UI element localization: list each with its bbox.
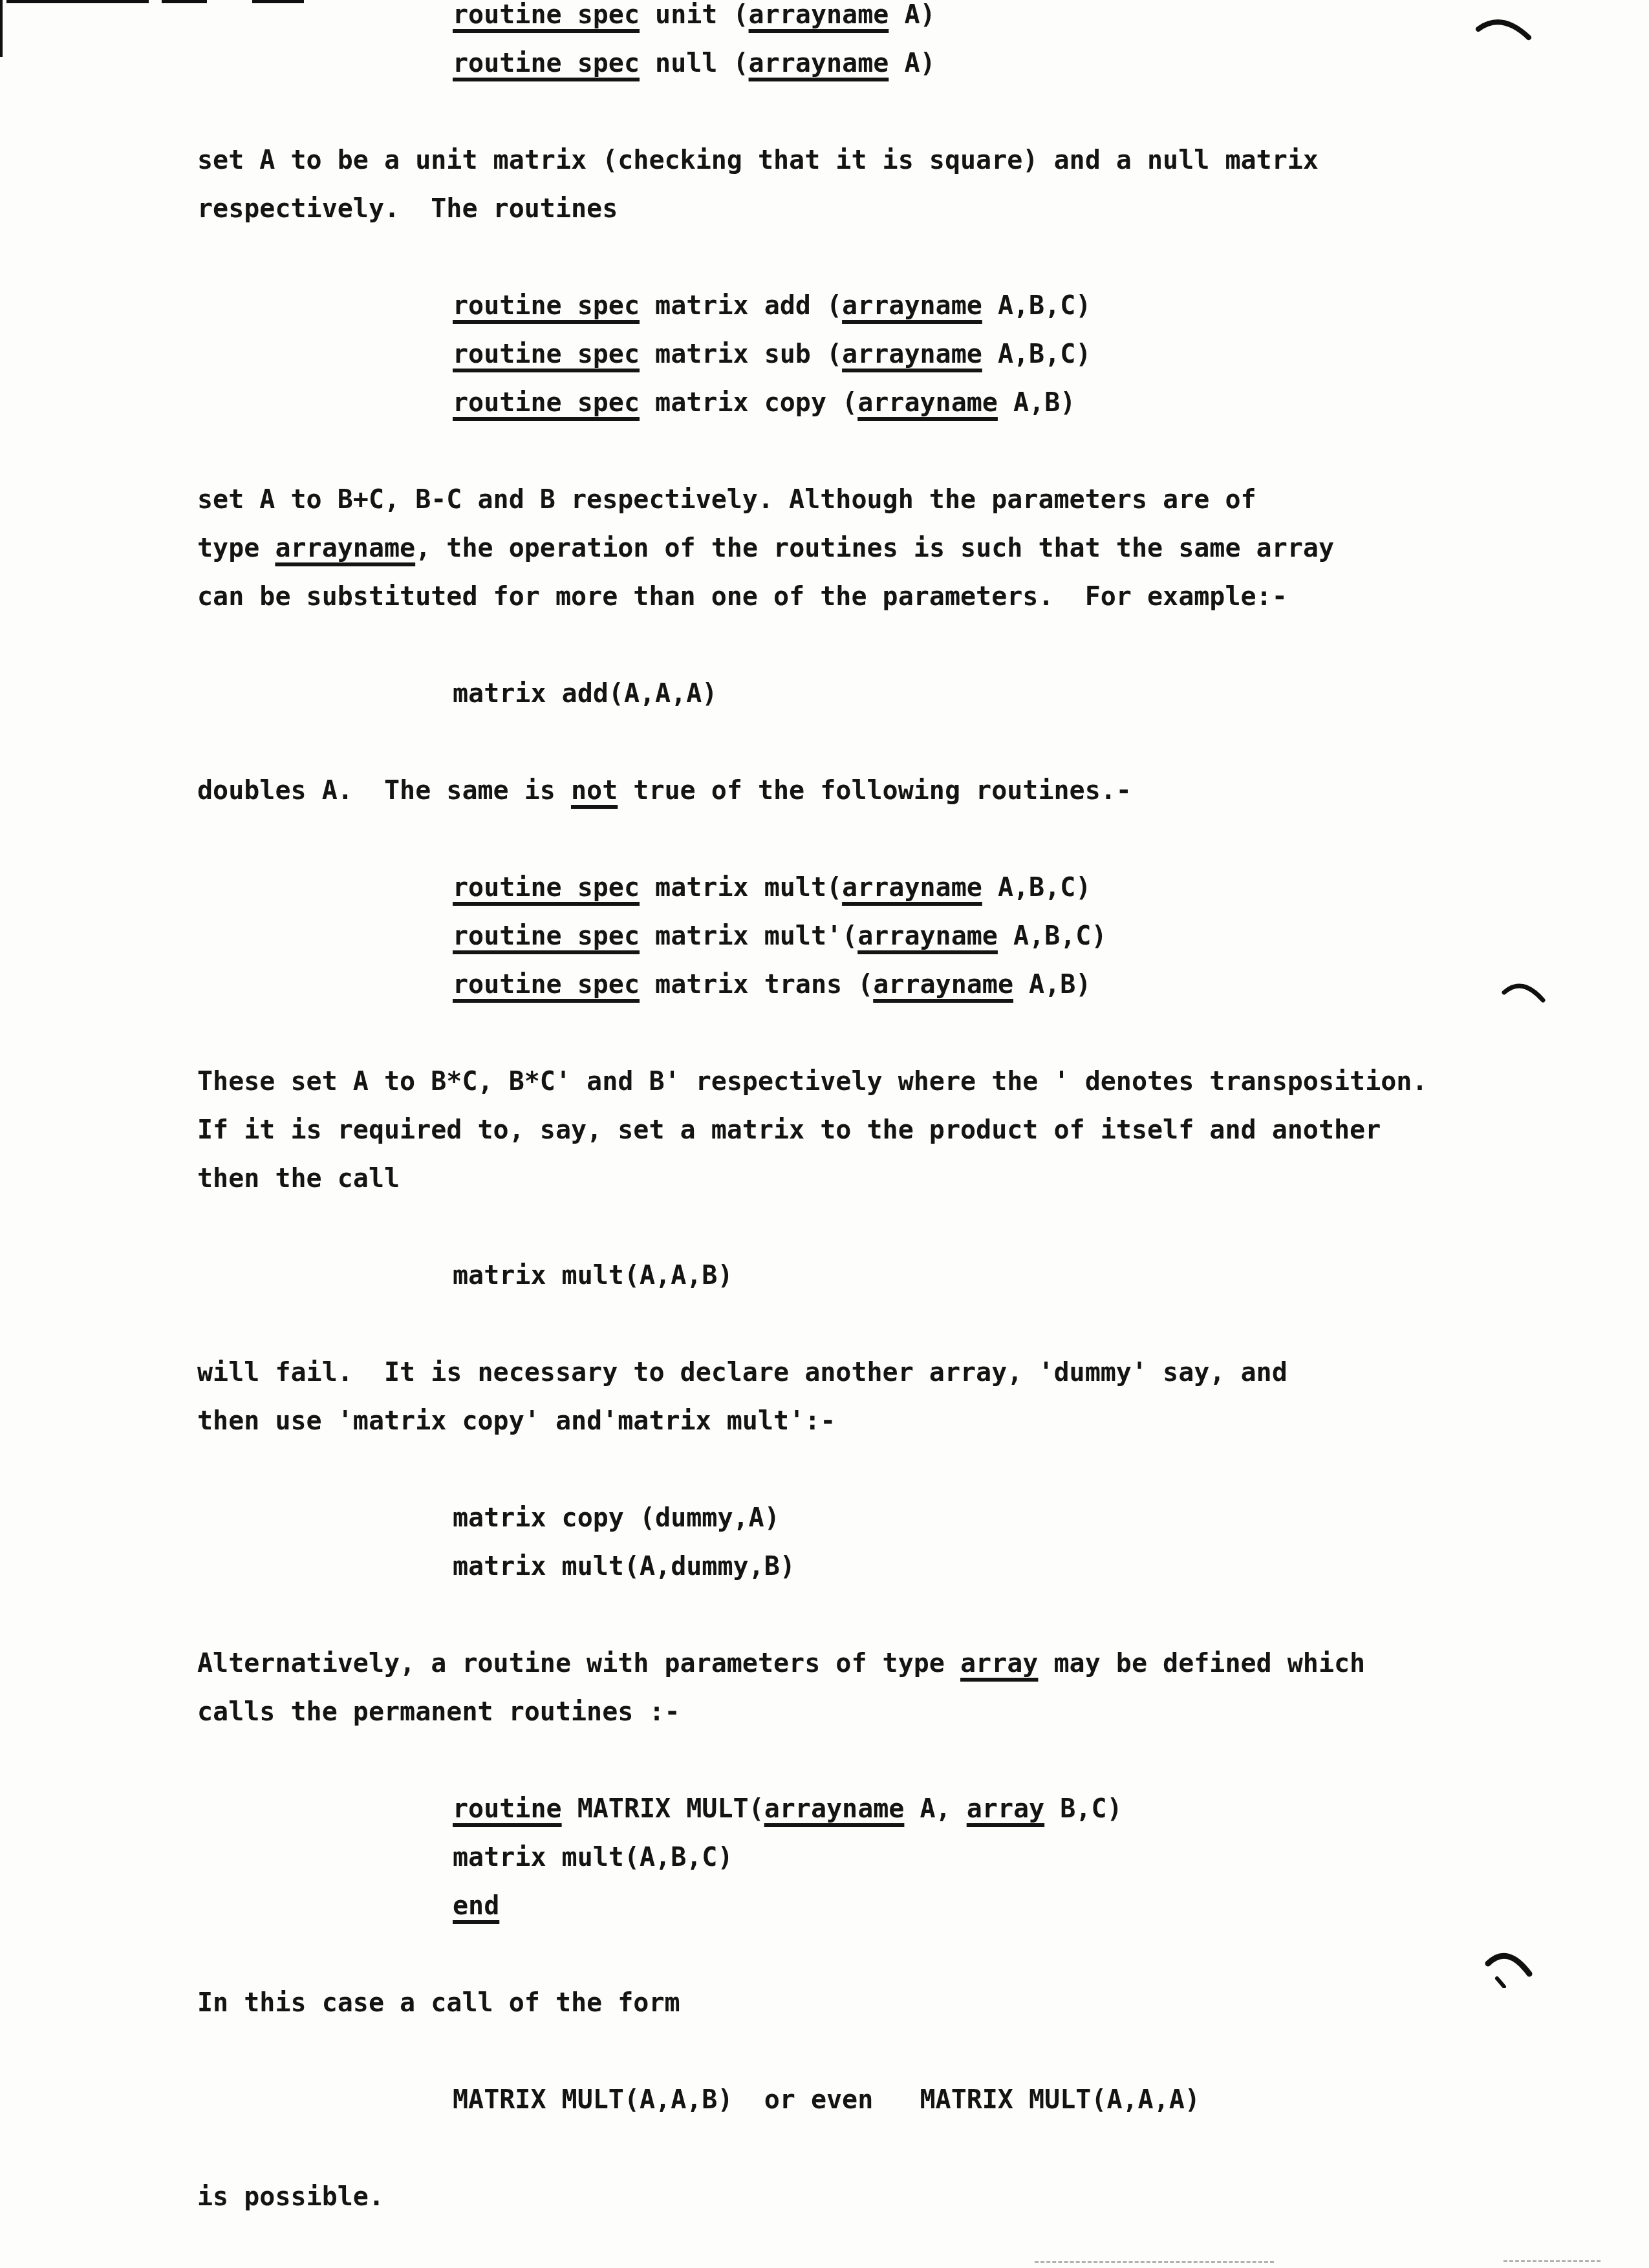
text-segment: may be defined which (1038, 1649, 1365, 1678)
underlined-text: arrayname (749, 0, 889, 30)
underlined-text: end (453, 1891, 499, 1921)
underlined-text: arrayname (857, 388, 998, 418)
blank-line (0, 1931, 1649, 1979)
text-segment: can be substituted for more than one of … (197, 582, 1288, 612)
code-line: MATRIX MULT(A,A,B) or even MATRIX MULT(A… (0, 2076, 1649, 2124)
text-segment: A,B) (1013, 970, 1091, 1000)
text-segment: A,B,C) (982, 291, 1092, 321)
underlined-text: arrayname (764, 1794, 905, 1824)
text-segment: calls the permanent routines :- (197, 1697, 680, 1727)
code-block: routine spec matrix add (arrayname A,B,C… (0, 282, 1649, 427)
paragraph-block: is possible. (0, 2173, 1649, 2221)
text-segment: then the call (197, 1164, 400, 1193)
text-segment: A,B) (998, 388, 1075, 418)
blank-line (0, 1203, 1649, 1252)
paragraph-line: set A to be a unit matrix (checking that… (0, 136, 1649, 185)
underlined-text: routine spec (453, 388, 640, 418)
text-segment: matrix mult(A,dummy,B) (453, 1552, 795, 1581)
code-line: routine spec matrix mult(arrayname A,B,C… (0, 864, 1649, 912)
text-segment: Alternatively, a routine with parameters… (197, 1649, 960, 1678)
blank-line (0, 1300, 1649, 1349)
code-line: matrix copy (dummy,A) (0, 1494, 1649, 1543)
text-segment: These set A to B*C, B*C' and B' respecti… (197, 1067, 1427, 1097)
code-line: matrix mult(A,dummy,B) (0, 1543, 1649, 1591)
code-block: routine spec matrix mult(arrayname A,B,C… (0, 864, 1649, 1009)
code-block: matrix mult(A,A,B) (0, 1252, 1649, 1300)
code-line: routine MATRIX MULT(arrayname A, array B… (0, 1785, 1649, 1834)
blank-line (0, 815, 1649, 864)
text-segment: set A to be a unit matrix (checking that… (197, 145, 1319, 175)
code-line: matrix mult(A,B,C) (0, 1834, 1649, 1882)
blank-line (0, 1446, 1649, 1494)
underlined-text: array (967, 1794, 1044, 1824)
code-line: routine spec matrix trans (arrayname A,B… (0, 961, 1649, 1009)
text-segment: MATRIX MULT(A,A,B) or even MATRIX MULT(A… (453, 2085, 1200, 2115)
underlined-text: not (571, 776, 618, 806)
blank-line (0, 427, 1649, 476)
code-line: routine spec matrix sub (arrayname A,B,C… (0, 330, 1649, 379)
text-segment: matrix add(A,A,A) (453, 679, 717, 709)
underlined-text: routine spec (453, 873, 640, 903)
text-segment: doubles A. The same is (197, 776, 571, 806)
underlined-text: array (960, 1649, 1038, 1678)
document-page: routine spec unit (arrayname A)routine s… (0, 0, 1649, 2221)
code-line: routine spec matrix add (arrayname A,B,C… (0, 282, 1649, 330)
code-block: routine spec unit (arrayname A)routine s… (0, 0, 1649, 88)
blank-line (0, 1009, 1649, 1058)
top-edge-streak (252, 0, 304, 3)
pen-curve-bottom-right-icon (1484, 1943, 1539, 1988)
pen-curve-top-right-icon (1474, 12, 1536, 44)
paragraph-block: will fail. It is necessary to declare an… (0, 1349, 1649, 1446)
text-segment: matrix copy ( (640, 388, 857, 418)
code-block: matrix copy (dummy,A)matrix mult(A,dummy… (0, 1494, 1649, 1591)
text-segment: A,B,C) (998, 921, 1107, 951)
pen-curve-mid-right-icon (1502, 973, 1550, 1005)
paragraph-line: can be substituted for more than one of … (0, 573, 1649, 621)
paragraph-block: Alternatively, a routine with parameters… (0, 1640, 1649, 1737)
text-segment: matrix mult(A,A,B) (453, 1261, 733, 1290)
text-segment: null ( (640, 48, 749, 78)
paragraph-line: then the call (0, 1155, 1649, 1203)
bottom-dashed-speckles (1035, 2261, 1274, 2263)
underlined-text: arrayname (857, 921, 998, 951)
blank-line (0, 718, 1649, 767)
paragraph-line: doubles A. The same is not true of the f… (0, 767, 1649, 815)
paragraph-line: will fail. It is necessary to declare an… (0, 1349, 1649, 1397)
underlined-text: arrayname (275, 533, 415, 563)
text-segment: B,C) (1044, 1794, 1122, 1824)
code-line: routine spec matrix copy (arrayname A,B) (0, 379, 1649, 427)
paragraph-line: Alternatively, a routine with parameters… (0, 1640, 1649, 1688)
text-segment: matrix copy (dummy,A) (453, 1503, 780, 1533)
underlined-text: routine spec (453, 48, 640, 78)
paragraph-block: set A to B+C, B-C and B respectively. Al… (0, 476, 1649, 621)
code-line: matrix mult(A,A,B) (0, 1252, 1649, 1300)
paragraph-line: If it is required to, say, set a matrix … (0, 1106, 1649, 1155)
paragraph-block: These set A to B*C, B*C' and B' respecti… (0, 1058, 1649, 1203)
blank-line (0, 2027, 1649, 2076)
underlined-text: routine spec (453, 291, 640, 321)
text-segment: matrix mult( (640, 873, 842, 903)
code-block: routine MATRIX MULT(arrayname A, array B… (0, 1785, 1649, 1931)
text-segment: matrix trans ( (640, 970, 873, 1000)
paragraph-line: In this case a call of the form (0, 1979, 1649, 2027)
underlined-text: arrayname (842, 291, 982, 321)
code-line: routine spec null (arrayname A) (0, 39, 1649, 88)
paragraph-block: set A to be a unit matrix (checking that… (0, 136, 1649, 233)
text-segment: respectively. The routines (197, 194, 618, 224)
paragraph-line: These set A to B*C, B*C' and B' respecti… (0, 1058, 1649, 1106)
text-segment: type (197, 533, 275, 563)
text-segment: A, (904, 1794, 966, 1824)
underlined-text: arrayname (842, 339, 982, 369)
text-segment: A) (889, 48, 935, 78)
code-block: matrix add(A,A,A) (0, 670, 1649, 718)
paragraph-line: is possible. (0, 2173, 1649, 2221)
paragraph-line: type arrayname, the operation of the rou… (0, 524, 1649, 573)
blank-line (0, 621, 1649, 670)
underlined-text: routine spec (453, 970, 640, 1000)
code-line: end (0, 1882, 1649, 1931)
text-segment: true of the following routines.- (618, 776, 1132, 806)
left-edge-line (0, 0, 3, 57)
code-line: routine spec matrix mult'(arrayname A,B,… (0, 912, 1649, 961)
top-edge-streak (6, 0, 149, 3)
text-segment: matrix sub ( (640, 339, 842, 369)
underlined-text: arrayname (842, 873, 982, 903)
code-line: matrix add(A,A,A) (0, 670, 1649, 718)
blank-line (0, 2124, 1649, 2173)
bottom-dashed-speckles (1503, 2260, 1600, 2262)
text-segment: matrix mult(A,B,C) (453, 1843, 733, 1872)
text-segment: MATRIX MULT( (562, 1794, 764, 1824)
paragraph-line: set A to B+C, B-C and B respectively. Al… (0, 476, 1649, 524)
top-edge-streak (162, 0, 207, 3)
text-segment: matrix mult'( (640, 921, 857, 951)
text-segment: matrix add ( (640, 291, 842, 321)
underlined-text: arrayname (873, 970, 1013, 1000)
text-segment: unit ( (640, 0, 749, 30)
text-segment: A) (889, 0, 935, 30)
text-segment: , the operation of the routines is such … (415, 533, 1334, 563)
text-segment: A,B,C) (982, 873, 1092, 903)
paragraph-block: In this case a call of the form (0, 1979, 1649, 2027)
text-segment: A,B,C) (982, 339, 1092, 369)
text-segment: If it is required to, say, set a matrix … (197, 1115, 1381, 1145)
underlined-text: routine (453, 1794, 562, 1824)
paragraph-line: calls the permanent routines :- (0, 1688, 1649, 1737)
blank-line (0, 233, 1649, 282)
paragraph-line: then use 'matrix copy' and'matrix mult':… (0, 1397, 1649, 1446)
blank-line (0, 1737, 1649, 1785)
underlined-text: routine spec (453, 921, 640, 951)
underlined-text: arrayname (749, 48, 889, 78)
code-block: MATRIX MULT(A,A,B) or even MATRIX MULT(A… (0, 2076, 1649, 2124)
text-segment: is possible. (197, 2182, 384, 2212)
text-segment: set A to B+C, B-C and B respectively. Al… (197, 485, 1256, 515)
blank-line (0, 1591, 1649, 1640)
text-segment: then use 'matrix copy' and'matrix mult':… (197, 1406, 835, 1436)
underlined-text: routine spec (453, 0, 640, 30)
underlined-text: routine spec (453, 339, 640, 369)
blank-line (0, 88, 1649, 136)
paragraph-line: respectively. The routines (0, 185, 1649, 233)
text-segment: In this case a call of the form (197, 1988, 680, 2018)
text-segment: will fail. It is necessary to declare an… (197, 1358, 1288, 1387)
paragraph-block: doubles A. The same is not true of the f… (0, 767, 1649, 815)
code-line: routine spec unit (arrayname A) (0, 0, 1649, 39)
